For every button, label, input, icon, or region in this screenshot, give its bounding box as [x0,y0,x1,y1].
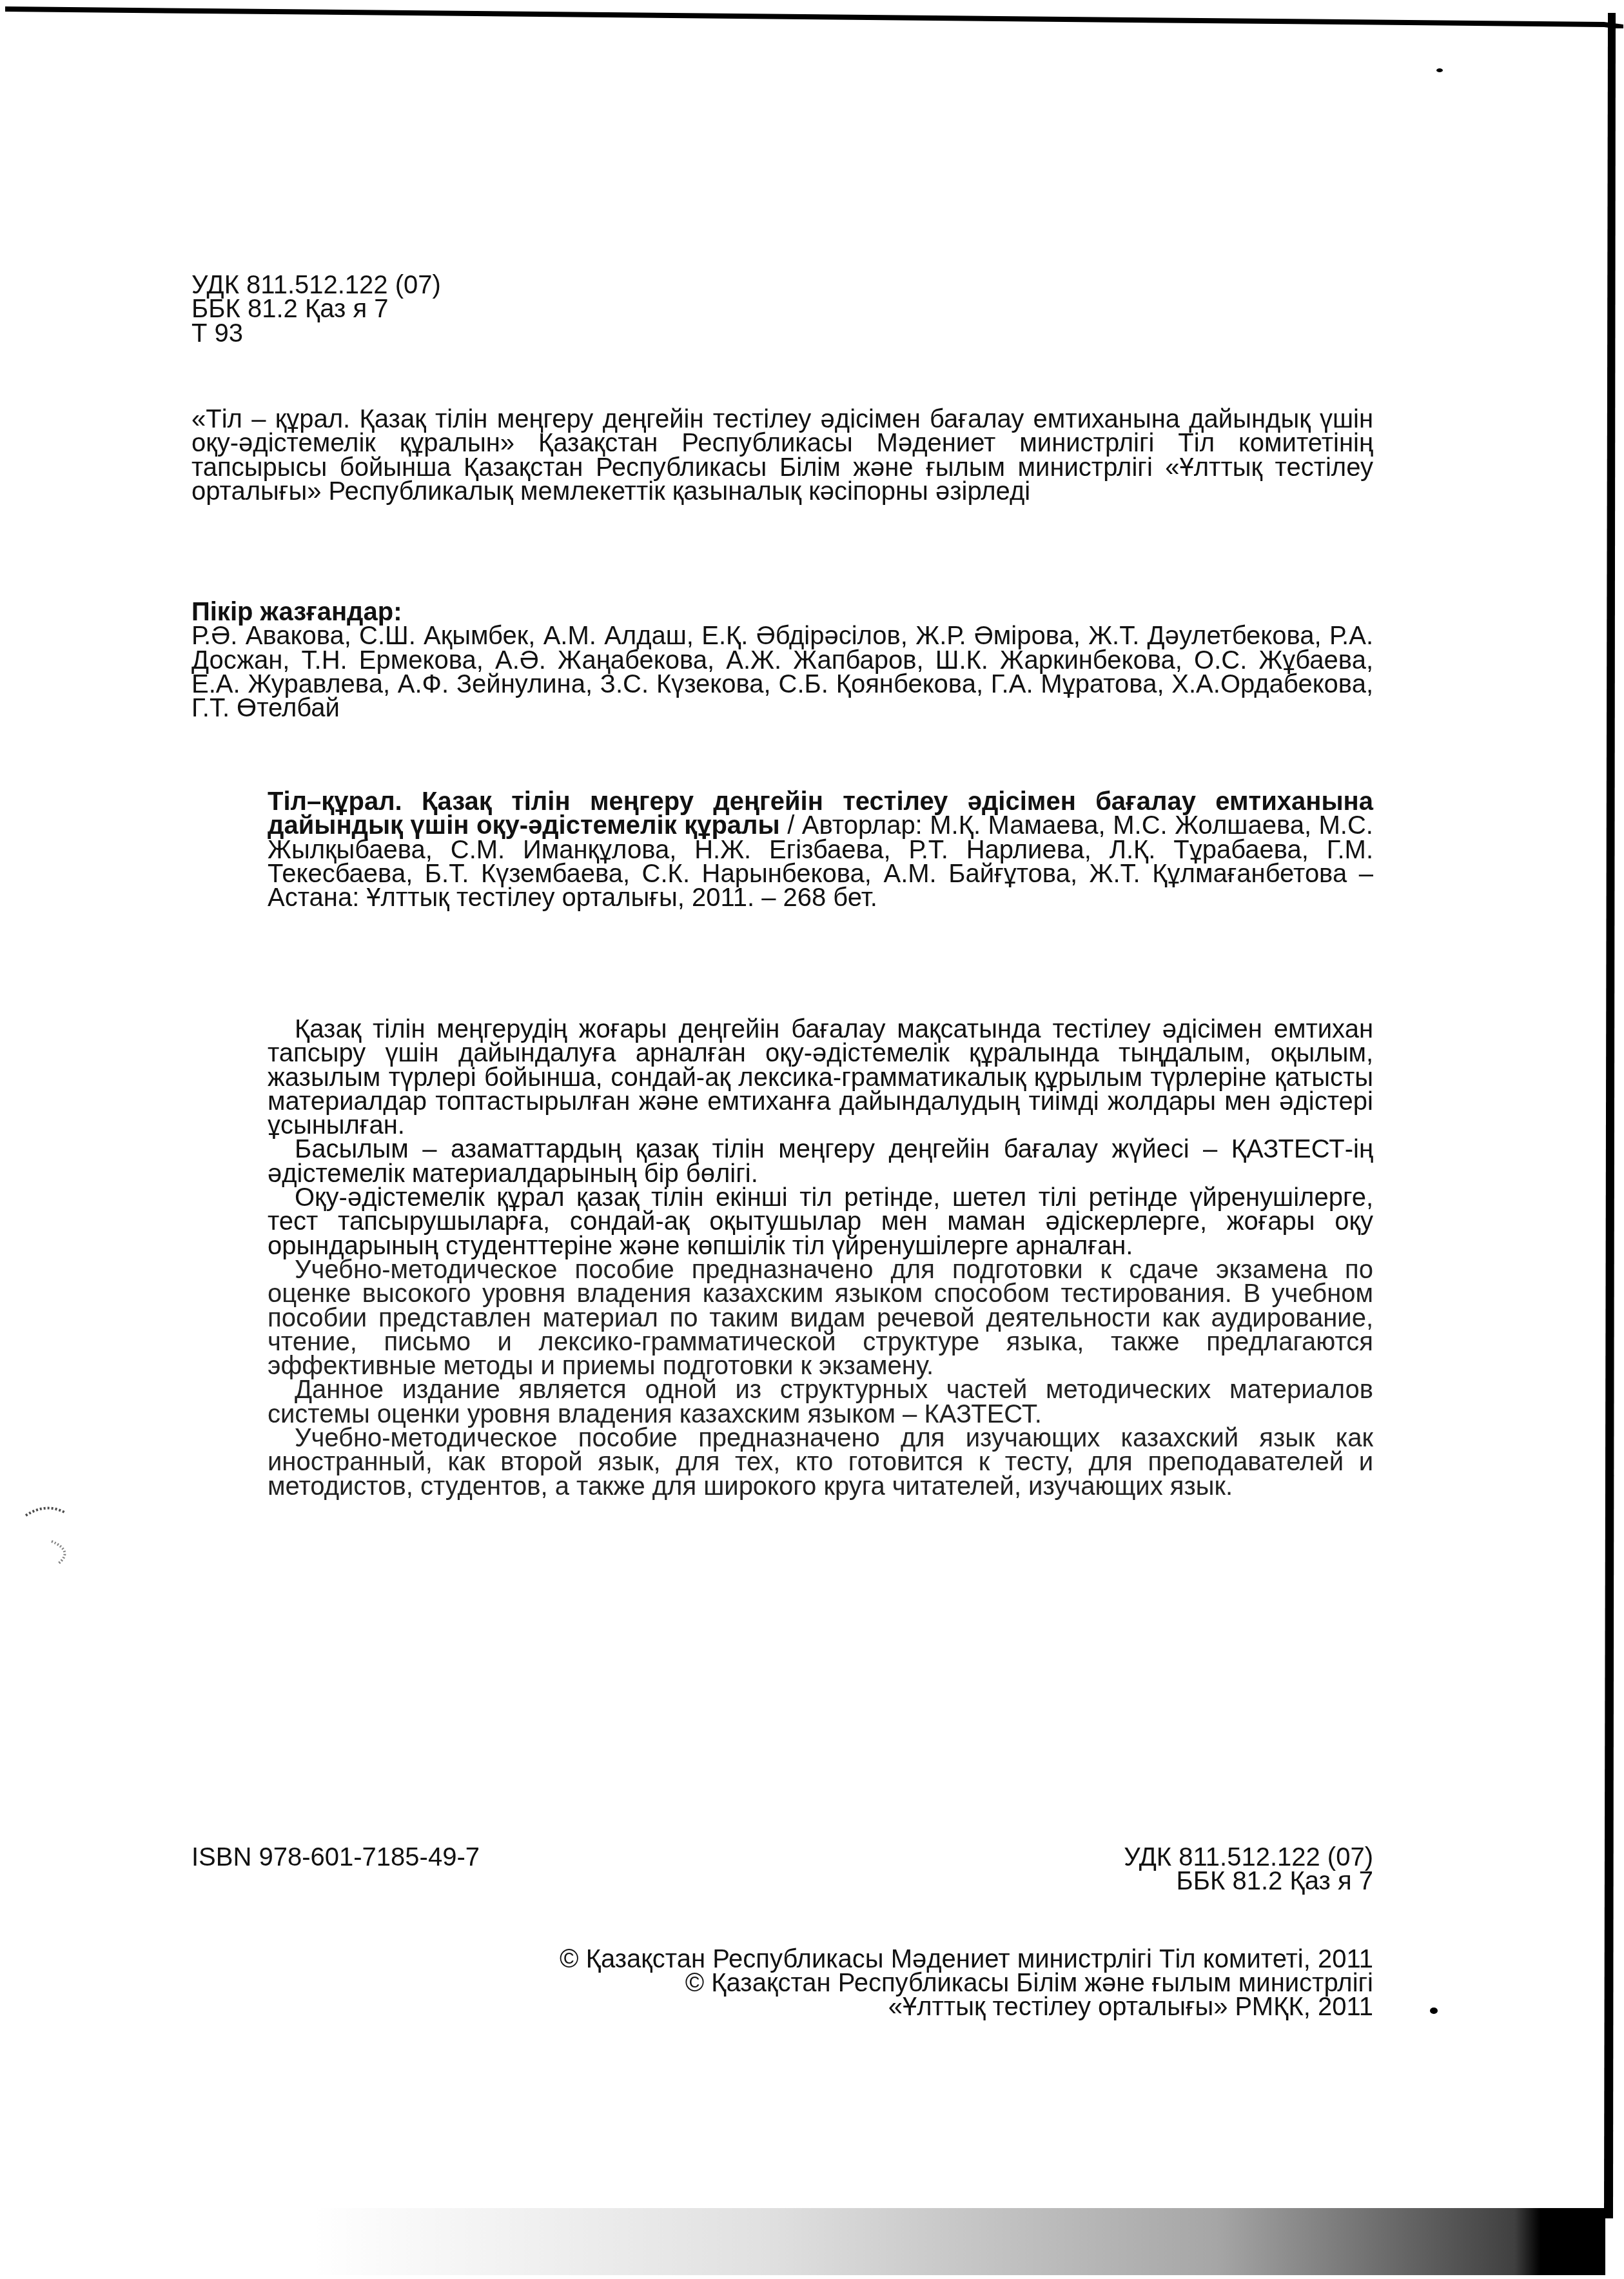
copyright-block: © Қазақстан Республикасы Мәдениет минист… [560,1948,1373,2019]
annotation-ru-2: Данное издание является одной из структу… [268,1378,1373,1426]
annotation-kk-1: Қазақ тілін меңгерудің жоғары деңгейін б… [268,1018,1373,1138]
scan-top-border [5,3,1623,28]
isbn: ISBN 978-601-7185-49-7 [191,1846,480,1870]
annotation-kk-3: Оқу-әдістемелік құрал қазақ тілін екінші… [268,1186,1373,1258]
annotation-ru-1: Учебно-методическое пособие предназначен… [268,1258,1373,1378]
scan-right-border [1599,13,1618,2218]
reviewers-heading: Пікір жазғандар: [191,600,1373,624]
udk-code: УДК 811.512.122 (07) [191,273,1373,297]
footer-bbk: ББК 81.2 Қаз я 7 [1124,1870,1373,1893]
copyright-line-2: © Қазақстан Республикасы Білім және ғылы… [560,1971,1373,1995]
classification-codes: УДК 811.512.122 (07) ББК 81.2 Қаз я 7 Т … [191,273,1373,346]
annotation-section: Қазақ тілін меңгерудің жоғары деңгейін б… [268,1018,1373,1499]
copyright-line-1: © Қазақстан Республикасы Мәдениет минист… [560,1948,1373,1971]
bibliographic-entry: Тіл–құрал. Қазақ тілін меңгеру деңгейін … [268,790,1373,910]
copyright-line-3: «Ұлттық тестілеу орталығы» РМҚК, 2011 [560,1995,1373,2019]
bbk-code: ББК 81.2 Қаз я 7 [191,297,1373,321]
reviewers-list: Р.Ә. Авакова, С.Ш. Ақымбек, А.М. Алдаш, … [191,624,1373,720]
footer-classification: УДК 811.512.122 (07) ББК 81.2 Қаз я 7 [1124,1846,1373,1893]
author-mark: Т 93 [191,322,1373,346]
annotation-kk-2: Басылым – азаматтардың қазақ тілін меңге… [268,1138,1373,1186]
intro-paragraph: «Тіл – құрал. Қазақ тілін меңгеру деңгей… [191,408,1373,504]
annotation-ru-3: Учебно-методическое пособие предназначен… [268,1426,1373,1499]
scan-smudge-left [19,1503,77,1567]
scan-speck [1430,2008,1438,2014]
reviewers-section: Пікір жазғандар: Р.Ә. Авакова, С.Ш. Ақым… [191,600,1373,720]
footer-udk: УДК 811.512.122 (07) [1124,1846,1373,1870]
scan-speck [1436,68,1443,72]
scan-noise-band [309,2204,1605,2279]
